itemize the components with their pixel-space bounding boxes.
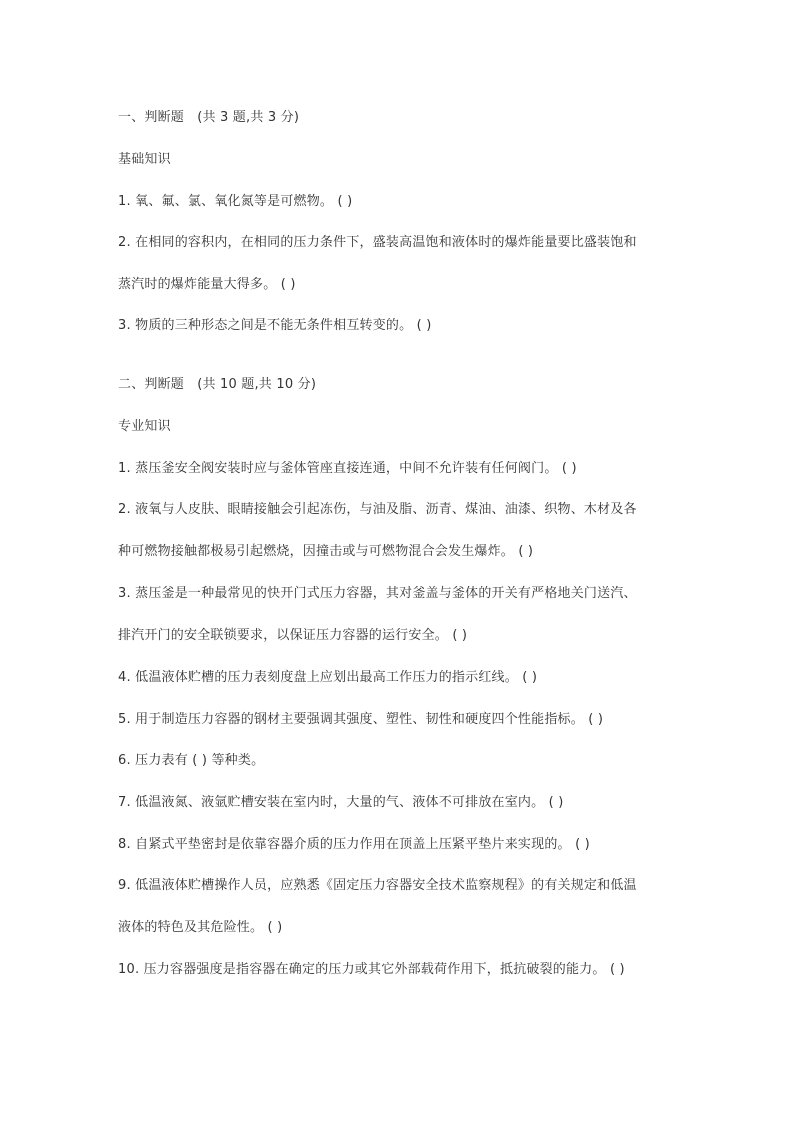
question-1-2-line-1: 2. 在相同的容积内，在相同的压力条件下，盛装高温饱和液体时的爆炸能量要比盛装饱… (118, 234, 637, 252)
question-2-1: 1. 蒸压釜安全阀安装时应与釜体管座直接连通，中间不允许装有任何阀门。 ( ) (118, 460, 577, 478)
section-1-title: 一、判断题 (共 3 题,共 3 分) (118, 109, 299, 127)
question-2-4: 4. 低温液体贮槽的压力表刻度盘上应划出最高工作压力的指示红线。 ( ) (118, 669, 537, 687)
section-1-category: 基础知识 (118, 151, 171, 169)
question-2-6: 6. 压力表有 ( ) 等种类。 (118, 752, 264, 770)
question-1-2-line-2: 蒸汽时的爆炸能量大得多。 ( ) (118, 276, 296, 294)
section-2-category: 专业知识 (118, 418, 171, 436)
question-2-8: 8. 自紧式平垫密封是依靠容器介质的压力作用在顶盖上压紧平垫片来实现的。 ( ) (118, 836, 590, 854)
question-2-3-line-1: 3. 蒸压釜是一种最常见的快开门式压力容器，其对釜盖与釜体的开关有严格地关门送汽… (118, 585, 637, 603)
question-1-3: 3. 物质的三种形态之间是不能无条件相互转变的。 ( ) (118, 317, 432, 335)
question-1-1: 1. 氧、氟、氯、氧化氮等是可燃物。 ( ) (118, 193, 352, 211)
question-2-9-line-2: 液体的特色及其危险性。 ( ) (118, 919, 282, 937)
question-2-2-line-2: 种可燃物接触都极易引起燃烧，因撞击或与可燃物混合会发生爆炸。 ( ) (118, 543, 533, 561)
section-2-title: 二、判断题 (共 10 题,共 10 分) (118, 376, 316, 394)
question-2-3-line-2: 排汽开门的安全联锁要求，以保证压力容器的运行安全。 ( ) (118, 627, 467, 645)
question-2-2-line-1: 2. 液氧与人皮肤、眼睛接触会引起冻伤，与油及脂、沥青、煤油、油漆、织物、木材及… (118, 501, 637, 519)
question-2-7: 7. 低温液氮、液氩贮槽安装在室内时，大量的气、液体不可排放在室内。 ( ) (118, 794, 564, 812)
question-2-5: 5. 用于制造压力容器的钢材主要强调其强度、塑性、韧性和硬度四个性能指标。 ( … (118, 711, 603, 729)
question-2-10: 10. 压力容器强度是指容器在确定的压力或其它外部载荷作用下，抵抗破裂的能力。 … (118, 961, 625, 979)
question-2-9-line-1: 9. 低温液体贮槽操作人员，应熟悉《固定压力容器安全技术监察规程》的有关规定和低… (118, 877, 637, 895)
